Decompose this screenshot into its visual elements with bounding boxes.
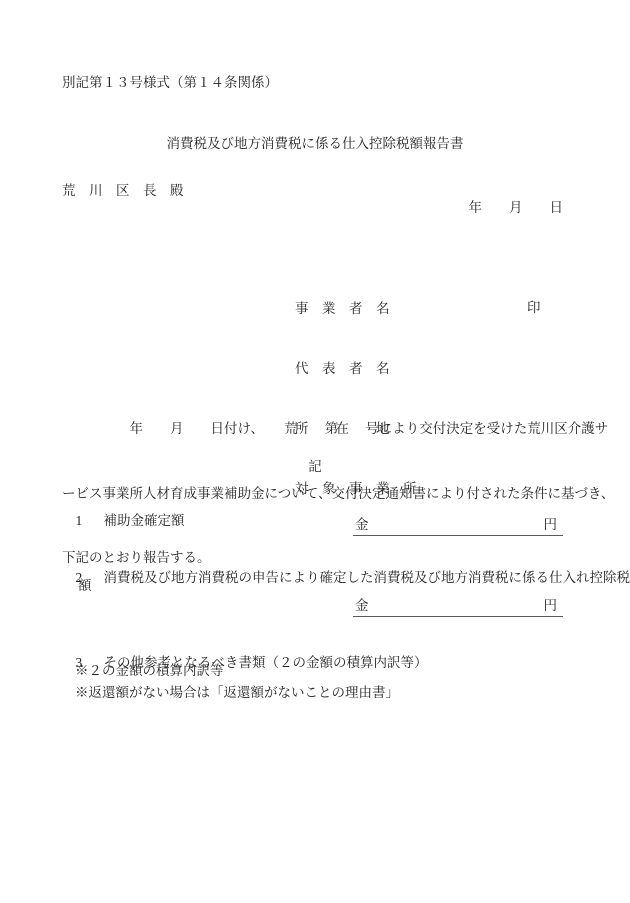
note: ※返還額がない場合は「返還額がないことの理由書」 [75, 686, 399, 700]
item-label: 補助金確定額 [104, 513, 185, 528]
item-number: 1 [76, 514, 104, 528]
item-label: 消費税及び地方消費税の申告により確定した消費税及び地方消費税に係る仕入れ控除税 [104, 570, 630, 585]
form-number: 別記第１３号様式（第１４条関係） [62, 76, 278, 90]
item-2: 2消費税及び地方消費税の申告により確定した消費税及び地方消費税に係る仕入れ控除税 [62, 557, 630, 598]
item-2-label-wrap: 額 [78, 579, 92, 593]
amount-prefix: 金 [355, 599, 369, 613]
item-1: 1補助金確定額 [62, 500, 185, 541]
amount-suffix: 円 [544, 599, 558, 613]
section-marker: 記 [0, 460, 630, 474]
seal-mark: 印 [527, 301, 541, 315]
date-line: 年 月 日 [469, 201, 564, 215]
note: ※２の金額の積算内訳等 [75, 664, 224, 678]
addressee: 荒 川 区 長 殿 [62, 184, 184, 198]
document-title: 消費税及び地方消費税に係る仕入控除税額報告書 [0, 137, 630, 151]
amount-prefix: 金 [355, 518, 369, 532]
amount-field-2: 金 円 [353, 599, 563, 617]
field-business-name: 事 業 者 名 [295, 299, 417, 319]
report-form-page: 別記第１３号様式（第１４条関係） 消費税及び地方消費税に係る仕入控除税額報告書 … [0, 0, 630, 903]
body-line: 年 月 日付け、 荒 第 号により交付決定を受けた荒川区介護サ [62, 418, 572, 440]
amount-suffix: 円 [544, 518, 558, 532]
amount-field-1: 金 円 [353, 518, 563, 536]
